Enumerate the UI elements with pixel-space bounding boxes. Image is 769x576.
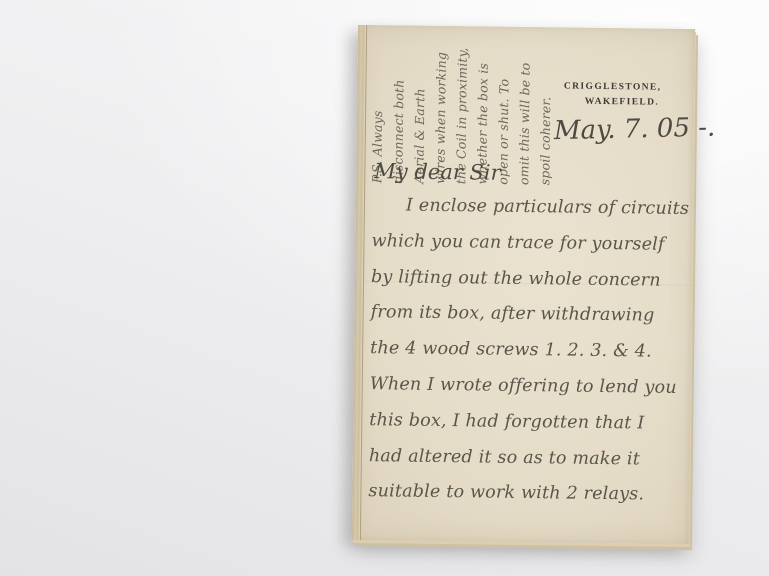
handwritten-date: May. 7. 05 -. [554,113,716,147]
letter-paper: P.S. Always disconnect both Aerial & Ear… [352,25,695,544]
printed-letterhead: CRIGGLESTONE, WAKEFIELD. [549,79,661,110]
letter-photograph: P.S. Always disconnect both Aerial & Ear… [0,0,769,576]
letterhead-line-2: WAKEFIELD. [549,94,661,110]
body-line: by lifting out the whole concern [371,260,686,300]
body-line: the 4 wood screws 1. 2. 3. & 4. [370,331,685,371]
body-line: this box, I had forgotten that I [369,403,684,443]
body-line: When I wrote offering to lend you [370,367,685,407]
body-line: which you can trace for yourself [371,224,686,264]
salutation: My dear Sir [374,159,501,185]
postscript-line: omit this will be to [513,33,536,185]
body-line: suitable to work with 2 relays. [368,474,683,514]
letter-body: I enclose particulars of circuits which … [368,188,687,514]
letterhead-line-1: CRIGGLESTONE, [549,79,661,95]
body-line: had altered it so as to make it [369,439,684,479]
body-line: I enclose particulars of circuits [372,188,687,228]
body-line: from its box, after withdrawing [370,296,685,336]
